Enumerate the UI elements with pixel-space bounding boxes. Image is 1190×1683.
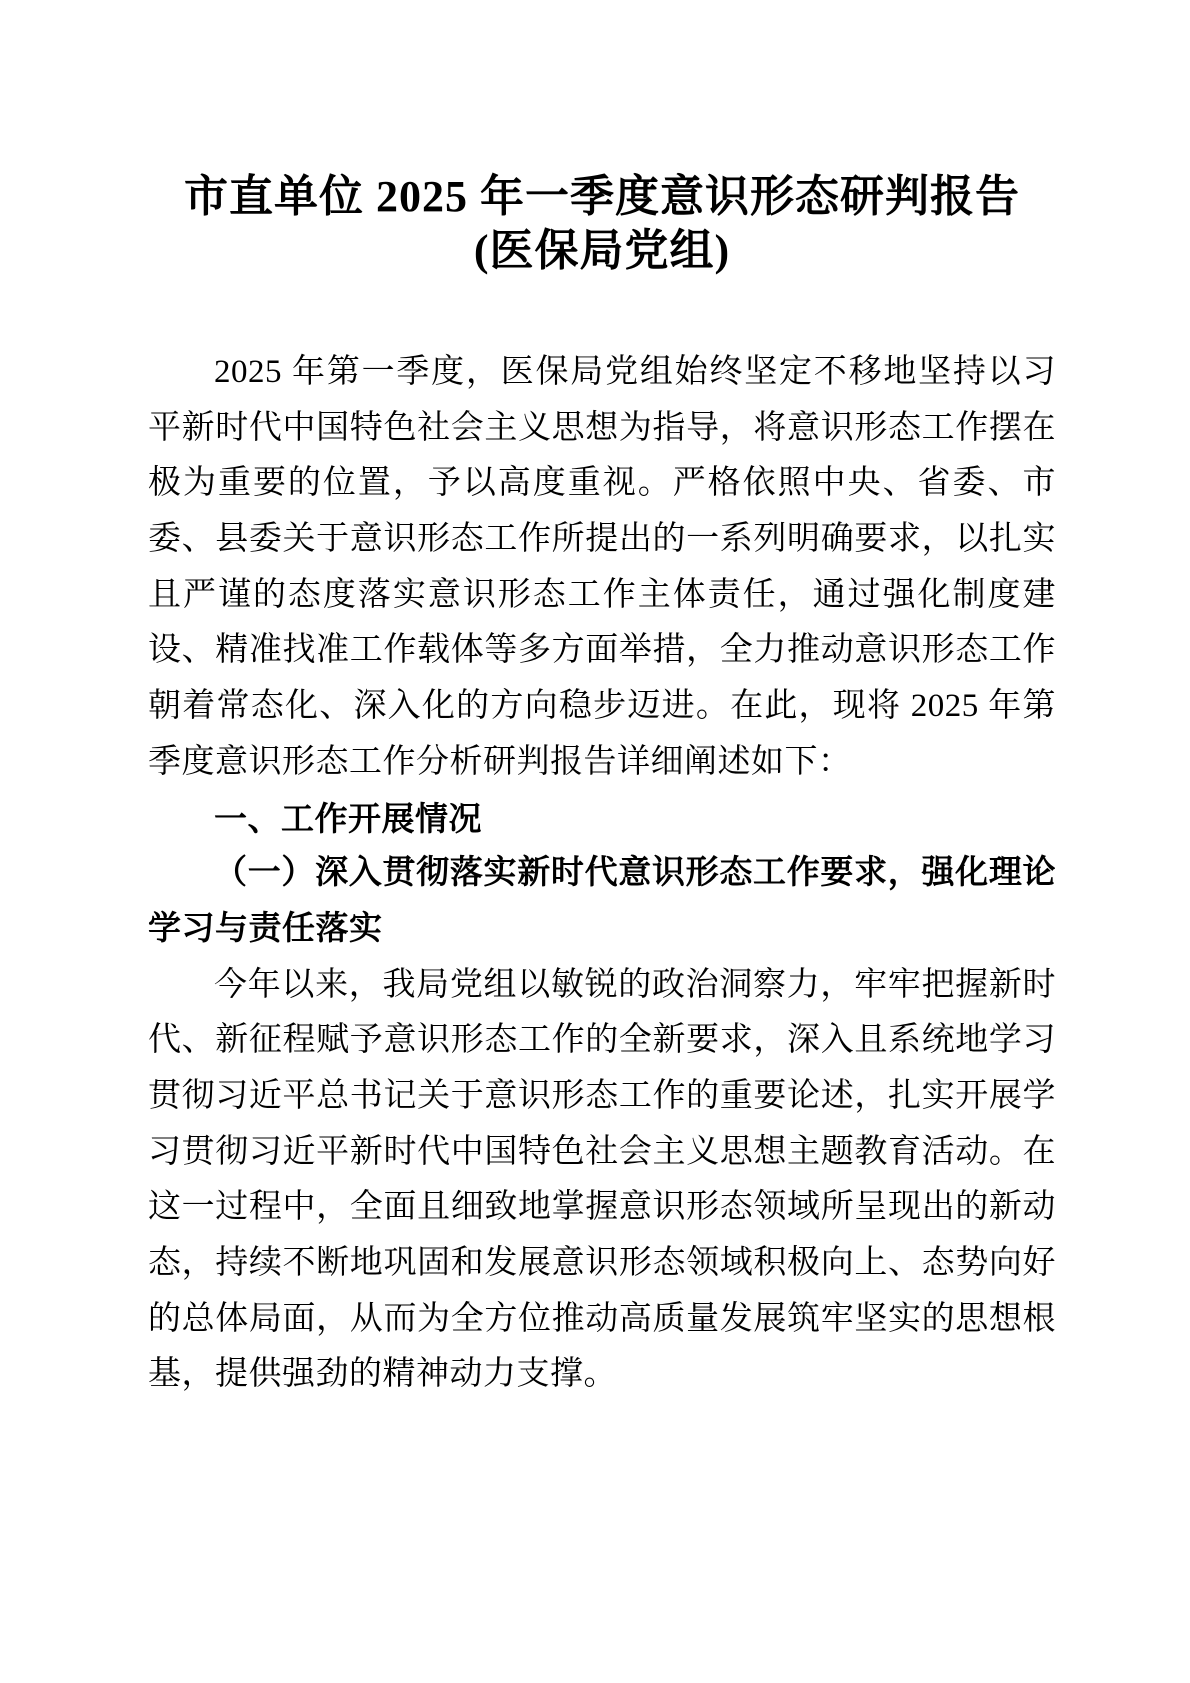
body-text-line: 2025 年第一季度，医保局党组始终坚定不移地坚持以习近	[148, 345, 1056, 401]
body-text-line: 代、新征程赋予意识形态工作的全新要求，深入且系统地学习	[148, 1013, 1056, 1069]
body-text-line: 且严谨的态度落实意识形态工作主体责任，通过强化制度建	[148, 568, 1056, 624]
body-text-line: 的总体局面，从而为全方位推动高质量发展筑牢坚实的思想根	[148, 1292, 1056, 1348]
title-line-1: 市直单位 2025 年一季度意识形态研判报告	[148, 170, 1056, 224]
body-text-line: 习贯彻习近平新时代中国特色社会主义思想主题教育活动。在	[148, 1125, 1056, 1181]
subheading-line: （一）深入贯彻落实新时代意识形态工作要求，强化理论	[148, 846, 1056, 902]
body-text-line: 态，持续不断地巩固和发展意识形态领域积极向上、态势向好	[148, 1236, 1056, 1292]
document-title: 市直单位 2025 年一季度意识形态研判报告 (医保局党组)	[148, 170, 1056, 278]
body-text-line: 这一过程中，全面且细致地掌握意识形态领域所呈现出的新动	[148, 1180, 1056, 1236]
body-text-line: 基，提供强劲的精神动力支撑。	[148, 1347, 1056, 1403]
body-text-line: 今年以来，我局党组以敏锐的政治洞察力，牢牢把握新时	[148, 958, 1056, 1014]
document-body: 2025 年第一季度，医保局党组始终坚定不移地坚持以习近平新时代中国特色社会主义…	[148, 345, 1056, 1403]
body-text-line: 贯彻习近平总书记关于意识形态工作的重要论述，扎实开展学	[148, 1069, 1056, 1125]
subheading-line: 学习与责任落实	[148, 902, 1056, 958]
body-text-line: 季度意识形态工作分析研判报告详细阐述如下：	[148, 735, 1056, 791]
body-text-line: 设、精准找准工作载体等多方面举措，全力推动意识形态工作	[148, 623, 1056, 679]
body-text-line: 委、县委关于意识形态工作所提出的一系列明确要求，以扎实	[148, 512, 1056, 568]
body-text-line: 极为重要的位置，予以高度重视。严格依照中央、省委、市	[148, 456, 1056, 512]
document-page: 市直单位 2025 年一季度意识形态研判报告 (医保局党组) 2025 年第一季…	[0, 0, 1190, 1683]
body-text-line: 朝着常态化、深入化的方向稳步迈进。在此，现将 2025 年第一	[148, 679, 1056, 735]
body-text-line: 平新时代中国特色社会主义思想为指导，将意识形态工作摆在	[148, 401, 1056, 457]
heading-line: 一、工作开展情况	[148, 791, 1056, 847]
title-line-2: (医保局党组)	[148, 224, 1056, 278]
